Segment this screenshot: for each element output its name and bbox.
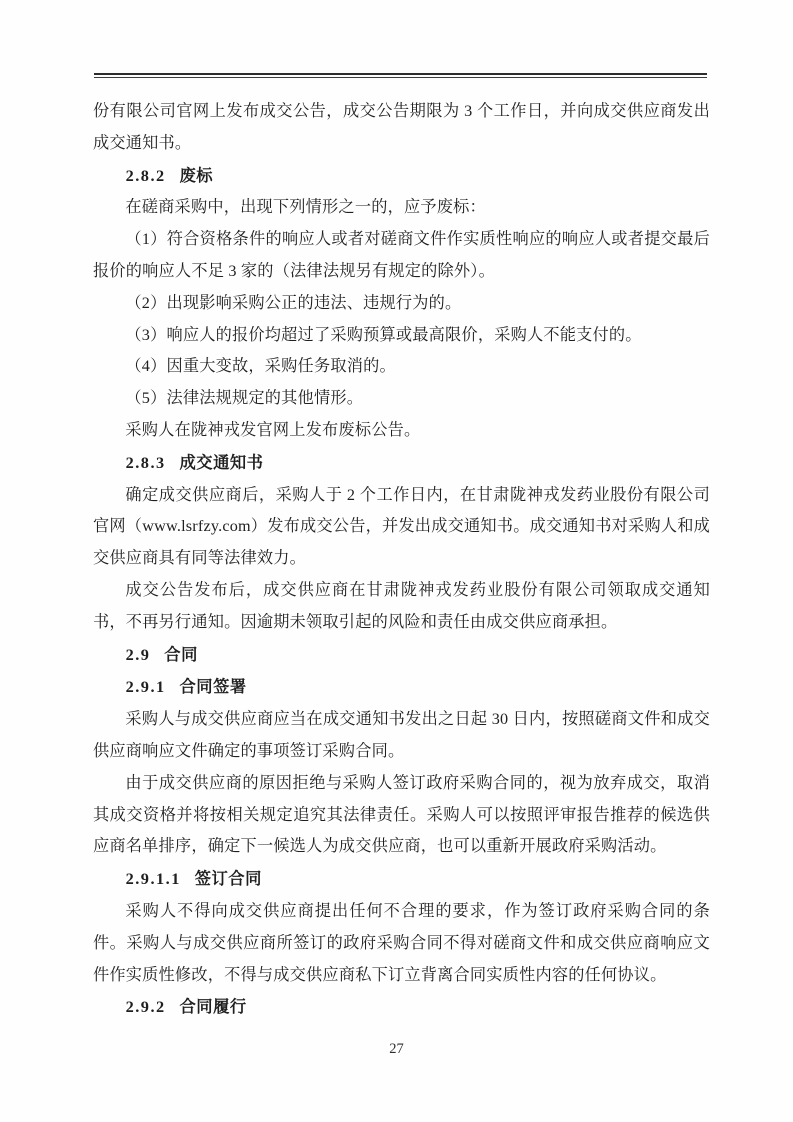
heading-title: 合同 [164, 646, 198, 664]
paragraph: 成交公告发布后，成交供应商在甘肃陇神戎发药业股份有限公司领取成交通知书，不再另行… [93, 575, 710, 639]
list-item: （5）法律法规规定的其他情形。 [93, 383, 710, 415]
section-heading: 2.9.1.1签订合同 [93, 863, 710, 896]
list-item: （1）符合资格条件的响应人或者对磋商文件作实质性响应的响应人或者提交最后报价的响… [93, 224, 710, 288]
header-rule [94, 73, 707, 78]
paragraph: 采购人在陇神戎发官网上发布废标公告。 [93, 415, 710, 447]
paragraph: 采购人与成交供应商应当在成交通知书发出之日起 30 日内，按照磋商文件和成交供应… [93, 704, 710, 768]
paragraph: 确定成交供应商后，采购人于 2 个工作日内，在甘肃陇神戎发药业股份有限公司官网（… [93, 480, 710, 575]
heading-title: 合同履行 [180, 998, 247, 1016]
section-heading: 2.9.1合同签署 [93, 671, 710, 704]
paragraph: 在磋商采购中，出现下列情形之一的，应予废标： [93, 192, 710, 224]
heading-number: 2.9.2 [126, 997, 166, 1016]
paragraph: 由于成交供应商的原因拒绝与采购人签订政府采购合同的，视为放弃成交，取消其成交资格… [93, 768, 710, 863]
document-page: 份有限公司官网上发布成交公告，成交公告期限为 3 个工作日，并向成交供应商发出成… [0, 0, 793, 1122]
paragraph: 采购人不得向成交供应商提出任何不合理的要求，作为签订政府采购合同的条件。采购人与… [93, 896, 710, 991]
heading-title: 合同签署 [180, 678, 247, 696]
heading-number: 2.8.3 [126, 453, 166, 472]
heading-number: 2.8.2 [126, 166, 166, 185]
section-heading: 2.8.2废标 [93, 160, 710, 193]
heading-title: 签订合同 [195, 870, 262, 888]
heading-number: 2.9 [126, 645, 151, 664]
page-number: 27 [0, 1041, 793, 1058]
list-item: （3）响应人的报价均超过了采购预算或最高限价，采购人不能支付的。 [93, 320, 710, 352]
document-body: 份有限公司官网上发布成交公告，成交公告期限为 3 个工作日，并向成交供应商发出成… [93, 96, 710, 1024]
section-heading: 2.9.2合同履行 [93, 991, 710, 1024]
heading-title: 废标 [180, 167, 214, 185]
list-item: （4）因重大变故，采购任务取消的。 [93, 351, 710, 383]
section-heading: 2.9合同 [93, 639, 710, 672]
list-item: （2）出现影响采购公正的违法、违规行为的。 [93, 288, 710, 320]
heading-number: 2.9.1 [126, 677, 166, 696]
heading-number: 2.9.1.1 [126, 869, 181, 888]
heading-title: 成交通知书 [180, 454, 264, 472]
section-heading: 2.8.3成交通知书 [93, 447, 710, 480]
paragraph: 份有限公司官网上发布成交公告，成交公告期限为 3 个工作日，并向成交供应商发出成… [93, 96, 710, 160]
